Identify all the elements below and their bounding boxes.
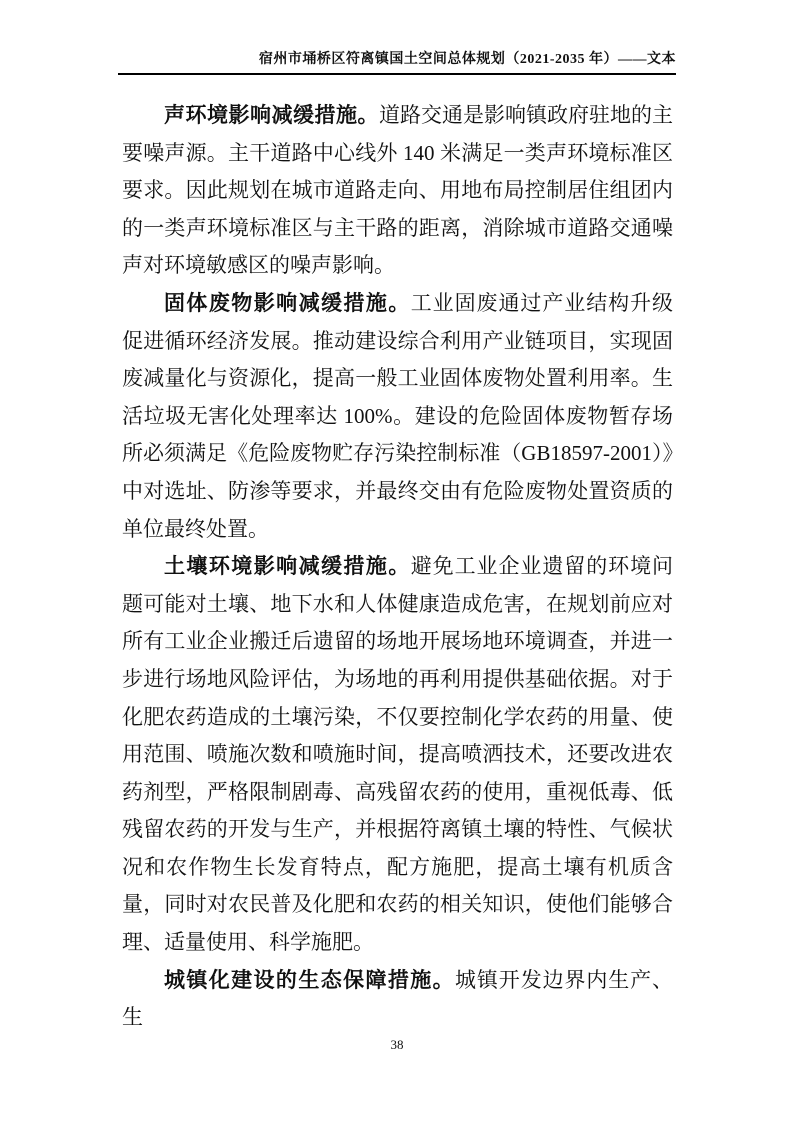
document-body: 声环境影响减缓措施。道路交通是影响镇政府驻地的主要噪声源。主干道路中心线外 14… — [122, 97, 673, 1037]
paragraph-text: 工业固废通过产业结构升级促进循环经济发展。推动建设综合利用产业链项目，实现固废减… — [122, 291, 673, 541]
paragraph-lead: 土壤环境影响减缓措施。 — [164, 554, 411, 578]
document-page: 宿州市埇桥区符离镇国土空间总体规划（2021-2035 年）——文本 声环境影响… — [0, 0, 794, 1123]
paragraph-urbanization-eco-safeguard: 城镇化建设的生态保障措施。城镇开发边界内生产、生 — [122, 962, 673, 1037]
page-header: 宿州市埇桥区符离镇国土空间总体规划（2021-2035 年）——文本 — [118, 48, 676, 75]
paragraph-lead: 城镇化建设的生态保障措施。 — [164, 968, 455, 992]
paragraph-text: 道路交通是影响镇政府驻地的主要噪声源。主干道路中心线外 140 米满足一类声环境… — [122, 103, 673, 277]
page-footer: 38 — [0, 1036, 794, 1054]
paragraph-lead: 固体废物影响减缓措施。 — [164, 291, 411, 315]
paragraph-solid-waste-mitigation: 固体废物影响减缓措施。工业固废通过产业结构升级促进循环经济发展。推动建设综合利用… — [122, 285, 673, 548]
paragraph-lead: 声环境影响减缓措施。 — [164, 103, 379, 127]
paragraph-soil-mitigation: 土壤环境影响减缓措施。避免工业企业遗留的环境问题可能对土壤、地下水和人体健康造成… — [122, 548, 673, 962]
header-title: 宿州市埇桥区符离镇国土空间总体规划（2021-2035 年）——文本 — [259, 52, 676, 67]
paragraph-text: 避免工业企业遗留的环境问题可能对土壤、地下水和人体健康造成危害，在规划前应对所有… — [122, 554, 673, 954]
page-number: 38 — [391, 1037, 404, 1052]
paragraph-noise-mitigation: 声环境影响减缓措施。道路交通是影响镇政府驻地的主要噪声源。主干道路中心线外 14… — [122, 97, 673, 285]
